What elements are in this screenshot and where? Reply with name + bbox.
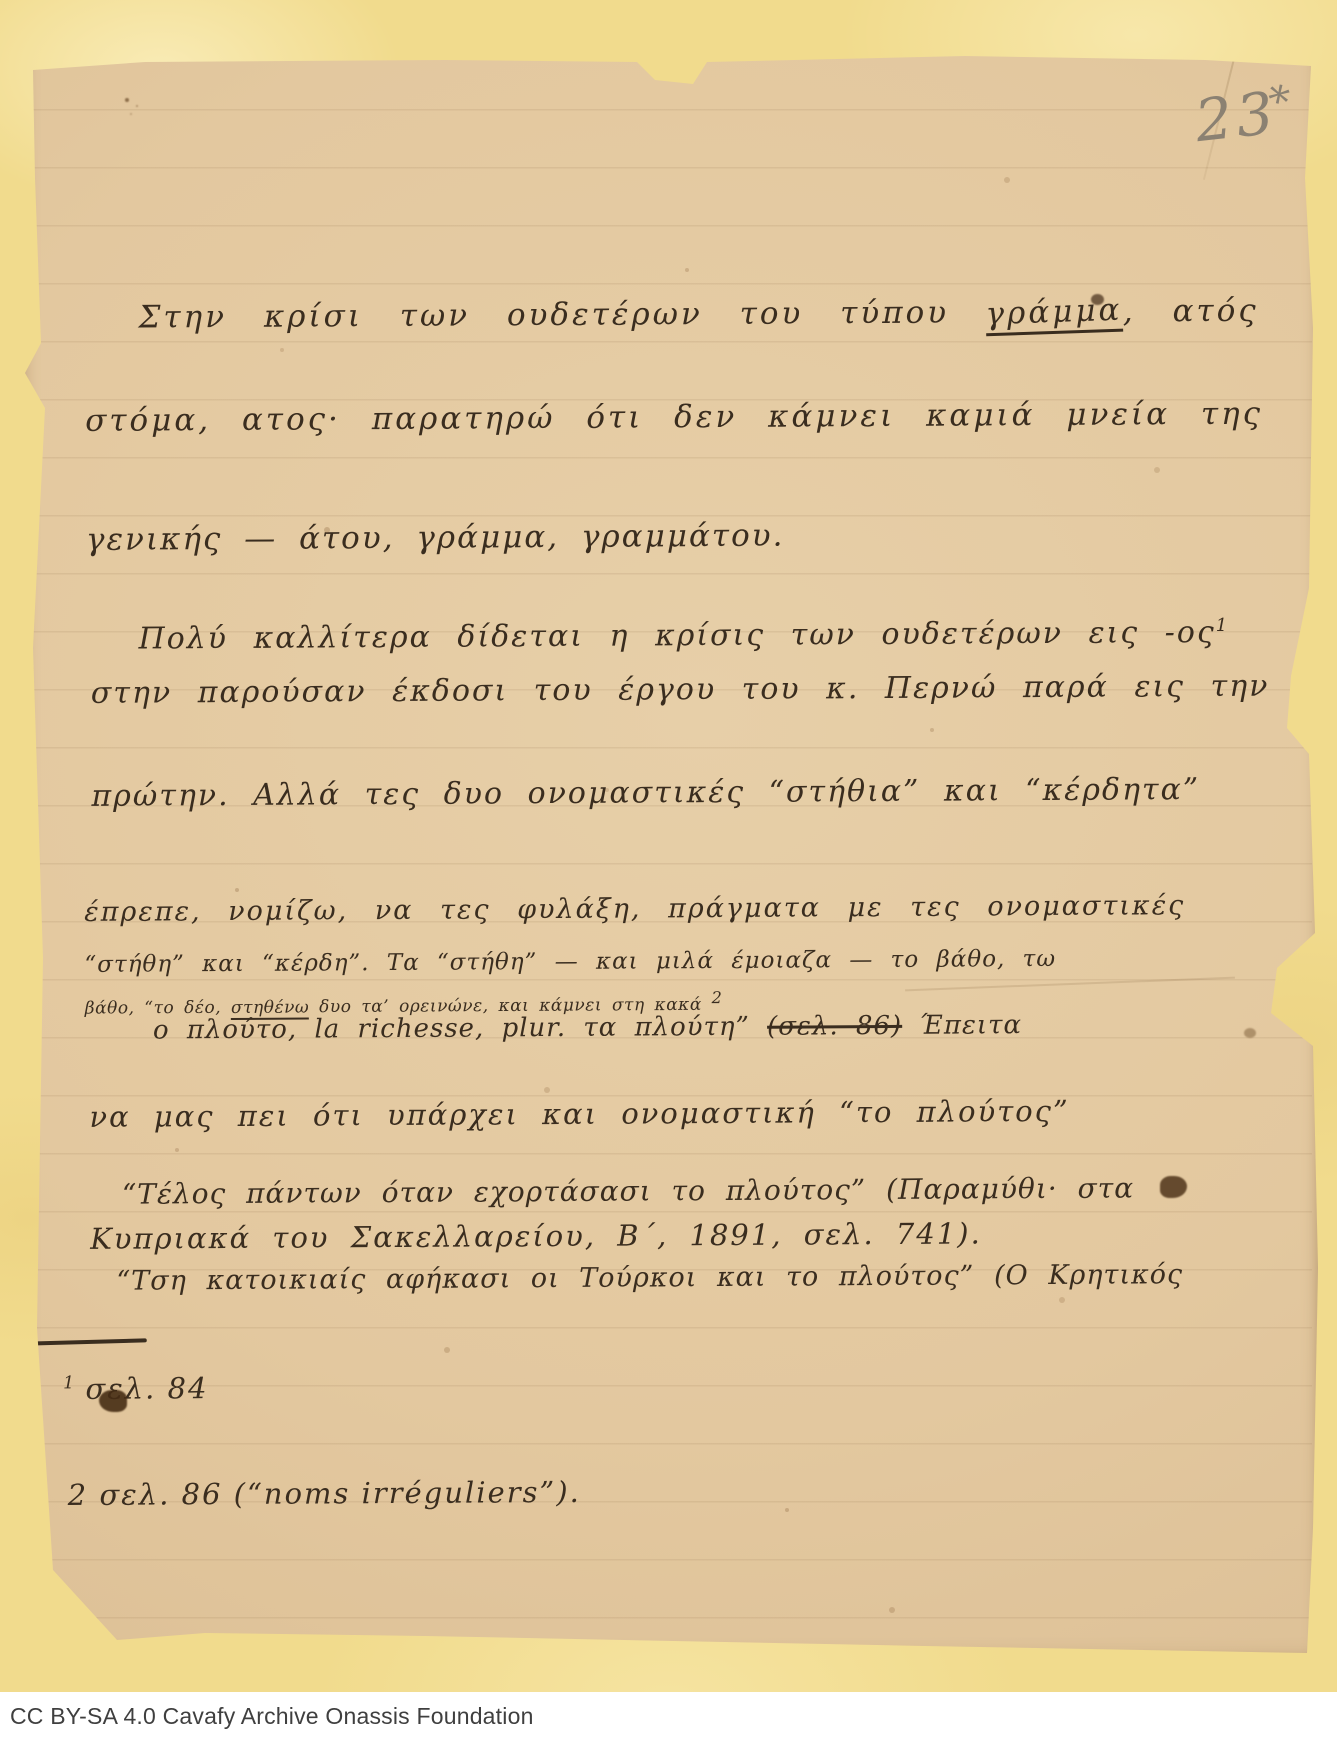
manuscript-line: να μας πει ότι υπάρχει και ονομαστική “τ… (89, 1094, 1070, 1134)
footnote-marker: 2 (68, 1478, 89, 1512)
manuscript-line: στην παρούσαν έκδοσι του έργου του κ. Πε… (91, 669, 1270, 711)
line-text: στόμα, ατος· παρατηρώ ότι δεν κάμνει καμ… (85, 396, 1263, 439)
manuscript-line: στόμα, ατος· παρατηρώ ότι δεν κάμνει καμ… (85, 396, 1263, 439)
line-text: Στην κρίσι των ουδετέρων του τύπου (138, 294, 986, 335)
manuscript-line: ο πλούτο, la richesse, plur. τα πλούτη” … (153, 1010, 1022, 1045)
line-text: έπρεπε, νομίζω, να τες φυλάξη, πράγματα … (84, 890, 1185, 928)
license-text: CC BY-SA 4.0 Cavafy Archive Onassis Foun… (10, 1692, 534, 1741)
line-text: , ατός (1123, 293, 1259, 330)
line-text: ο πλούτο, la richesse, plur. τα πλούτη” (153, 1012, 767, 1046)
manuscript-line: “Τση κατοικιαίς αφήκασι οι Τούρκοι και τ… (116, 1259, 1183, 1297)
line-text: “στήθη” και “κέρδη”. Τα “στήθη” — και μι… (84, 946, 1056, 978)
manuscript-line: έπρεπε, νομίζω, να τες φυλάξη, πράγματα … (84, 890, 1185, 928)
line-text: Πολύ καλλίτερα δίδεται η κρίσις των ουδε… (138, 615, 1215, 657)
manuscript-line: Κυπριακά του Σακελλαρείου, Β΄, 1891, σελ… (90, 1216, 982, 1255)
footnote-2: 2 σελ. 86 (“noms irréguliers”). (68, 1475, 581, 1512)
line-text: στην παρούσαν έκδοσι του έργου του κ. Πε… (91, 669, 1270, 711)
line-text: γενικής — άτου, γράμμα, γραμμάτου. (86, 518, 785, 558)
footnote-divider (35, 1338, 147, 1345)
line-text: Έπειτα (902, 1010, 1022, 1041)
scanned-manuscript-page: 23 * Στην κρίσι των ουδετέρων του τύπου … (0, 0, 1337, 1741)
footnote-text: σελ. 86 (“noms irréguliers”). (88, 1475, 581, 1512)
struck-text: (σελ. 86) (767, 1011, 902, 1042)
line-text: πρώτην. Αλλά τες δυο ονομαστικές “στήθια… (91, 772, 1200, 814)
manuscript-line: γενικής — άτου, γράμμα, γραμμάτου. (86, 518, 785, 558)
manuscript-line: “στήθη” και “κέρδη”. Τα “στήθη” — και μι… (84, 946, 1056, 978)
footnote-ref-1: 1 (1216, 615, 1228, 636)
line-text: να μας πει ότι υπάρχει και ονομαστική “τ… (89, 1094, 1070, 1134)
footnote-marker: 1 (63, 1373, 74, 1393)
footnote-text: σελ. 84 (74, 1371, 209, 1406)
manuscript-sheet: 23 * Στην κρίσι των ουδετέρων του τύπου … (25, 28, 1320, 1660)
line-text: Κυπριακά του Σακελλαρείου, Β΄, 1891, σελ… (90, 1216, 982, 1255)
footnote-1: 1 σελ. 84 (63, 1371, 209, 1406)
manuscript-line: “Τέλος πάντων όταν εχορτάσασι το πλούτος… (122, 1171, 1134, 1210)
manuscript-line: πρώτην. Αλλά τες δυο ονομαστικές “στήθια… (91, 772, 1200, 814)
manuscript-line: Στην κρίσι των ουδετέρων του τύπου γράμμ… (138, 293, 1258, 340)
footnote-ref-2: 2 (712, 988, 722, 1007)
line-text: “Τση κατοικιαίς αφήκασι οι Τούρκοι και τ… (116, 1259, 1183, 1297)
paper-freckles (25, 28, 29, 32)
line-text: “Τέλος πάντων όταν εχορτάσασι το πλούτος… (122, 1171, 1134, 1210)
handwritten-text-layer: 23 * Στην κρίσι των ουδετέρων του τύπου … (24, 20, 1329, 1660)
underlined-word: γράμμα (985, 292, 1123, 337)
license-bar: CC BY-SA 4.0 Cavafy Archive Onassis Foun… (0, 1692, 1337, 1741)
manuscript-line: Πολύ καλλίτερα δίδεται η κρίσις των ουδε… (138, 615, 1227, 657)
